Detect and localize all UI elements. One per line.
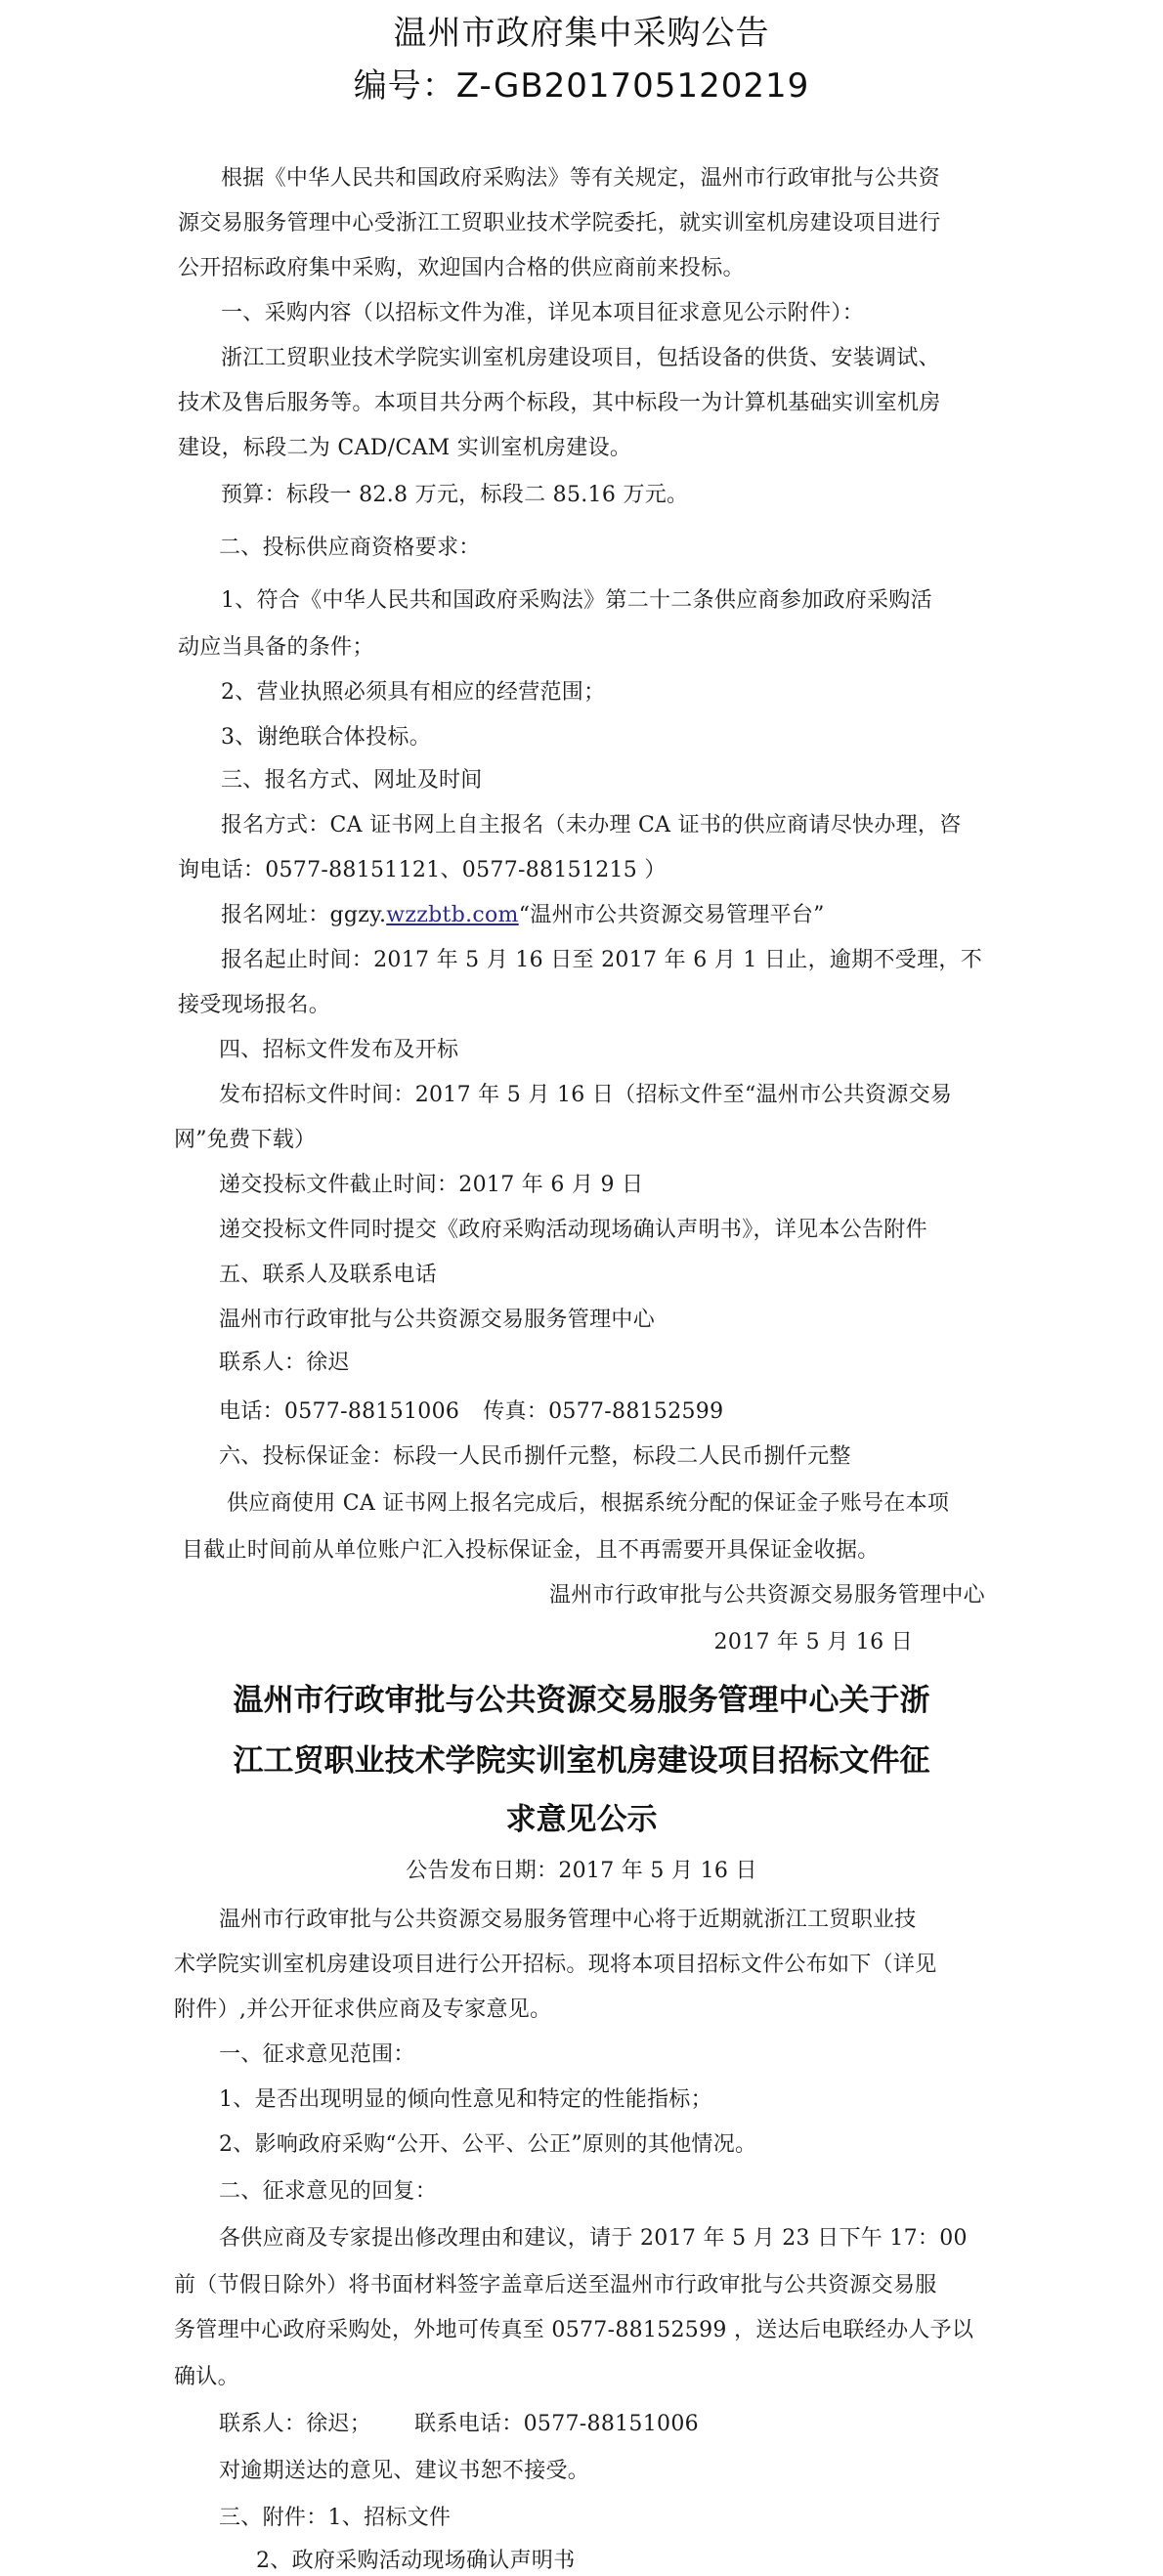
- paragraph-line: 前（节假日除外）将书面材料签字盖章后送至温州市行政审批与公共资源交易服: [174, 2271, 985, 2300]
- section-heading: 二、投标供应商资格要求：: [219, 534, 1030, 563]
- notice2-title-line: 温州市行政审批与公共资源交易服务管理中心关于浙: [0, 1681, 1163, 1720]
- list-item: 1、是否出现明显的倾向性意见和特定的性能指标；: [219, 2085, 1030, 2115]
- notice-number: 编号：Z-GB201705120219: [0, 59, 1163, 107]
- section-heading: 二、征求意见的回复：: [219, 2177, 1030, 2207]
- paragraph-line: 递交投标文件同时提交《政府采购活动现场确认声明书》，详见本公告附件: [219, 1216, 1030, 1245]
- section-heading: 三、报名方式、网址及时间: [221, 766, 1032, 795]
- paragraph-line: 接受现场报名。: [178, 991, 989, 1020]
- intro-line: 公开招标政府集中采购，欢迎国内合格的供应商前来投标。: [178, 254, 989, 283]
- phone: 电话：0577-88151006: [219, 1399, 459, 1424]
- paragraph-line: 目截止时间前从单位账户汇入投标保证金，且不再需要开具保证金收据。: [182, 1536, 993, 1566]
- paragraph-line: 确认。: [174, 2363, 985, 2392]
- contact-line: 联系人：徐迟；联系电话：0577-88151006: [219, 2410, 1030, 2439]
- paragraph-line: 各供应商及专家提出修改理由和建议，请于 2017 年 5 月 23 日下午 17…: [219, 2224, 1030, 2254]
- list-item: 3、谢绝联合体投标。: [221, 723, 1032, 752]
- fax: 传真：0577-88152599: [483, 1399, 723, 1424]
- section-heading: 一、征求意见范围：: [219, 2040, 1030, 2070]
- list-item: 动应当具备的条件；: [178, 633, 989, 663]
- section-heading: 一、采购内容（以招标文件为准，详见本项目征求意见公示附件）：: [221, 299, 1032, 328]
- section-heading: 四、招标文件发布及开标: [219, 1036, 1030, 1065]
- intro-line: 附件）,并公开征求供应商及专家意见。: [174, 1996, 985, 2025]
- attachment-item[interactable]: 2、政府采购活动现场确认声明书: [256, 2547, 1067, 2576]
- paragraph-line: 发布招标文件时间：2017 年 5 月 16 日（招标文件至“温州市公共资源交易: [219, 1081, 1030, 1110]
- signature-date: 2017 年 5 月 16 日: [714, 1628, 913, 1657]
- list-item: 1、符合《中华人民共和国政府采购法》第二十二条供应商参加政府采购活: [221, 586, 1032, 616]
- notice2-title-line: 江工贸职业技术学院实训室机房建设项目招标文件征: [0, 1741, 1163, 1781]
- org-name: 温州市行政审批与公共资源交易服务管理中心: [219, 1306, 1030, 1335]
- late-notice: 对逾期送达的意见、建议书恕不接受。: [219, 2457, 1030, 2486]
- intro-line: 源交易服务管理中心受浙江工贸职业技术学院委托，就实训室机房建设项目进行: [178, 209, 989, 238]
- paragraph-line: 务管理中心政府采购处，外地可传真至 0577-88152599 ，送达后电联经办…: [174, 2316, 985, 2345]
- website-link[interactable]: wzzbtb.com: [386, 903, 518, 927]
- intro-line: 术学院实训室机房建设项目进行公开招标。现将本项目招标文件公布如下（详见: [174, 1951, 985, 1980]
- paragraph-line: 浙江工贸职业技术学院实训室机房建设项目，包括设备的供货、安装调试、: [221, 344, 1032, 373]
- paragraph-line: 递交投标文件截止时间：2017 年 6 月 9 日: [219, 1171, 1030, 1200]
- publish-date: 公告发布日期：2017 年 5 月 16 日: [0, 1857, 1163, 1886]
- url-prefix: 报名网址：ggzy.: [221, 903, 386, 927]
- list-item: 2、影响政府采购“公开、公平、公正”原则的其他情况。: [219, 2130, 1030, 2160]
- intro-line: 温州市行政审批与公共资源交易服务管理中心将于近期就浙江工贸职业技: [219, 1906, 1030, 1935]
- attachment-heading: 三、附件：1、招标文件: [219, 2504, 1030, 2533]
- paragraph-line: 报名方式：CA 证书网上自主报名（未办理 CA 证书的供应商请尽快办理，咨: [221, 811, 1032, 840]
- url-line: 报名网址：ggzy.wzzbtb.com“温州市公共资源交易管理平台”: [221, 901, 1032, 930]
- paragraph-line: 技术及售后服务等。本项目共分两个标段，其中标段一为计算机基础实训室机房: [178, 389, 989, 418]
- paragraph-line: 供应商使用 CA 证书网上报名完成后，根据系统分配的保证金子账号在本项: [227, 1489, 1038, 1519]
- paragraph-line: 网”免费下载）: [174, 1126, 985, 1155]
- contact-person: 联系人：徐迟；: [219, 2412, 371, 2436]
- budget-line: 预算：标段一 82.8 万元，标段二 85.16 万元。: [221, 481, 1032, 510]
- notice-title: 温州市政府集中采购公告: [0, 6, 1163, 54]
- paragraph-line: 询电话：0577-88151121、0577-88151215 ）: [178, 856, 989, 885]
- phone-fax-line: 电话：0577-88151006传真：0577-88152599: [219, 1397, 1030, 1427]
- list-item: 2、营业执照必须具有相应的经营范围；: [221, 678, 1032, 708]
- section-heading: 六、投标保证金：标段一人民币捌仟元整，标段二人民币捌仟元整: [219, 1442, 1030, 1472]
- paragraph-line: 报名起止时间：2017 年 5 月 16 日至 2017 年 6 月 1 日止，…: [221, 946, 1032, 975]
- contact-person: 联系人：徐迟: [219, 1349, 1030, 1378]
- intro-line: 根据《中华人民共和国政府采购法》等有关规定，温州市行政审批与公共资: [221, 164, 1032, 193]
- signature: 温州市行政审批与公共资源交易服务管理中心: [549, 1581, 985, 1610]
- notice2-title-line: 求意见公示: [0, 1800, 1163, 1839]
- contact-phone: 联系电话：0577-88151006: [414, 2412, 699, 2436]
- paragraph-line: 建设，标段二为 CAD/CAM 实训室机房建设。: [178, 434, 989, 463]
- section-heading: 五、联系人及联系电话: [219, 1261, 1030, 1290]
- url-suffix: “温州市公共资源交易管理平台”: [519, 903, 825, 927]
